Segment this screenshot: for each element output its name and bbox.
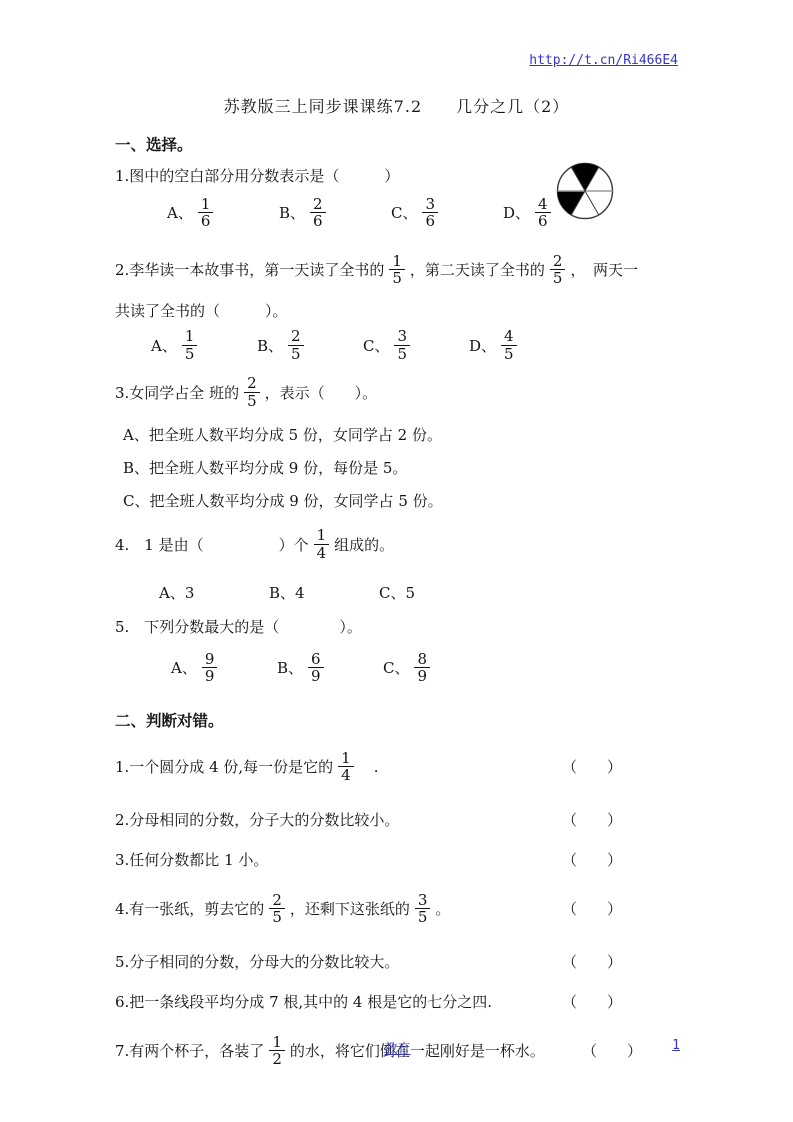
fraction-denominator: 5 — [394, 346, 410, 363]
fraction-denominator: 5 — [182, 346, 198, 363]
option-label: B、 — [279, 202, 305, 223]
judge-item-5: 5.分子相同的分数，分母大的分数比较大。 （ ） — [115, 949, 678, 975]
judge-item-6: 6.把一条线段平均分成 7 根,其中的 4 根是它的七分之四. （ ） — [115, 989, 678, 1015]
option-label: D、 — [503, 202, 530, 223]
fraction: 35 — [394, 328, 410, 362]
question-4-text-2: 组成的。 — [334, 534, 394, 555]
fraction: 89 — [414, 651, 430, 685]
fraction-denominator: 5 — [389, 270, 405, 287]
fraction-denominator: 4 — [314, 545, 330, 562]
fraction: 14 — [338, 750, 354, 784]
option-c: C、 36 — [391, 196, 503, 230]
question-3-line: 3.女同学占全 班的 25 ，表示（ ）。 — [115, 370, 678, 414]
judge-item-5-text: 5.分子相同的分数，分母大的分数比较大。 — [115, 951, 399, 972]
fraction-numerator: 3 — [422, 196, 438, 214]
option-label: C、 — [363, 335, 389, 356]
judge-text: 3.任何分数都比 1 小。 — [115, 849, 268, 870]
fraction-denominator: 6 — [422, 213, 438, 230]
fraction: 25 — [550, 253, 566, 287]
option-a: A、 16 — [167, 196, 279, 230]
judge-text: 2.分母相同的分数，分子大的分数比较小。 — [115, 809, 399, 830]
judge-item-4: 4.有一张纸，剪去它的 25 ，还剩下这张纸的 35 。 （ ） — [115, 887, 678, 931]
question-2-text-1: 2.李华读一本故事书，第一天读了全书的 — [115, 259, 384, 280]
page-number[interactable]: 1 — [672, 1038, 680, 1053]
footer-link[interactable]: 教育 — [115, 1038, 680, 1057]
judge-item-3: 3.任何分数都比 1 小。 （ ） — [115, 847, 678, 873]
question-2-text-3: ， 两天一 — [570, 259, 638, 280]
option-a: A、 15 — [151, 328, 257, 362]
option-c: C、 89 — [383, 651, 489, 685]
fraction-numerator: 3 — [394, 328, 410, 346]
option-label: D、 — [469, 335, 496, 356]
fraction-denominator: 4 — [338, 767, 354, 784]
fraction-numerator: 4 — [535, 196, 551, 214]
answer-blank: （ ） — [562, 991, 622, 1012]
judge-item-2: 2.分母相同的分数，分子大的分数比较小。 （ ） — [115, 807, 678, 833]
question-2-text-2: ，第二天读了全书的 — [410, 259, 545, 280]
option-label: A、 — [167, 202, 193, 223]
judge-text: 。 — [435, 898, 450, 919]
fraction-numerator: 4 — [501, 328, 517, 346]
judge-text: ，还剩下这张纸的 — [290, 898, 410, 919]
fraction-numerator: 1 — [389, 253, 405, 271]
fraction: 16 — [198, 196, 214, 230]
fraction-denominator: 5 — [415, 909, 431, 926]
fraction-numerator: 1 — [198, 196, 214, 214]
question-4-options: A、3 B、4 C、5 — [115, 580, 678, 604]
section-choice-heading: 一、选择。 — [115, 133, 678, 155]
question-3-option-a: A、把全班人数平均分成 5 份，女同学占 2 份。 — [123, 425, 678, 447]
fraction: 14 — [314, 527, 330, 561]
top-short-link[interactable]: http://t.cn/Ri466E4 — [529, 53, 678, 68]
fraction: 99 — [202, 651, 218, 685]
fraction-denominator: 6 — [535, 213, 551, 230]
answer-blank: （ ） — [562, 809, 622, 830]
judge-item-1-text: 1.一个圆分成 4 份,每一份是它的 14 . — [115, 750, 379, 784]
option-label: B、 — [277, 657, 303, 678]
judge-item-6-text: 6.把一条线段平均分成 7 根,其中的 4 根是它的七分之四. — [115, 991, 492, 1012]
question-4-line: 4. 1 是由（ ）个 14 组成的。 — [115, 522, 678, 566]
question-2-line2: 共读了全书的（ ）。 — [115, 300, 678, 323]
header-row: http://t.cn/Ri466E4 — [115, 50, 678, 68]
fraction-denominator: 5 — [244, 393, 260, 410]
option-b: B、 69 — [277, 651, 383, 685]
question-5-text: 5. 下列分数最大的是（ ）。 — [115, 616, 678, 639]
fraction: 35 — [415, 892, 431, 926]
option-c: C、5 — [379, 582, 489, 603]
option-b: B、4 — [269, 582, 379, 603]
option-label: C、 — [391, 202, 417, 223]
fraction: 36 — [422, 196, 438, 230]
fraction-denominator: 9 — [308, 668, 324, 685]
fraction-numerator: 2 — [244, 375, 260, 393]
question-5-options: A、 99 B、 69 C、 89 — [115, 647, 678, 689]
fraction-numerator: 8 — [414, 651, 430, 669]
question-2-line1: 2.李华读一本故事书，第一天读了全书的 15 ，第二天读了全书的 25 ， 两天… — [115, 248, 678, 292]
fraction-numerator: 1 — [314, 527, 330, 545]
fraction-denominator: 6 — [198, 213, 214, 230]
option-c: C、 35 — [363, 328, 469, 362]
fraction-numerator: 1 — [338, 750, 354, 768]
judge-text: . — [359, 756, 379, 777]
option-label: C、 — [383, 657, 409, 678]
page-footer: 教育 1 — [115, 1038, 680, 1058]
fraction: 25 — [269, 892, 285, 926]
fraction-denominator: 9 — [414, 668, 430, 685]
page-title: 苏教版三上同步课课练7.2 几分之几（2） — [115, 94, 678, 117]
question-4-text-1: 4. 1 是由（ ）个 — [115, 534, 309, 555]
answer-blank: （ ） — [562, 756, 622, 777]
question-3-option-c: C、把全班人数平均分成 9 份，女同学占 5 份。 — [123, 491, 678, 513]
fraction-denominator: 5 — [288, 346, 304, 363]
judge-text: 5.分子相同的分数，分母大的分数比较大。 — [115, 951, 399, 972]
fraction-numerator: 1 — [182, 328, 198, 346]
fraction-numerator: 6 — [308, 651, 324, 669]
question-2-options: A、 15 B、 25 C、 35 D、 45 — [115, 324, 678, 366]
section-judge-heading: 二、判断对错。 — [115, 709, 678, 731]
option-b: B、 25 — [257, 328, 363, 362]
judge-item-4-text: 4.有一张纸，剪去它的 25 ，还剩下这张纸的 35 。 — [115, 892, 450, 926]
fraction: 26 — [310, 196, 326, 230]
fraction-numerator: 2 — [550, 253, 566, 271]
judge-text: 1.一个圆分成 4 份,每一份是它的 — [115, 756, 333, 777]
answer-blank: （ ） — [562, 951, 622, 972]
option-a: A、3 — [159, 582, 269, 603]
fraction-numerator: 2 — [269, 892, 285, 910]
option-label: A、 — [151, 335, 177, 356]
fraction-denominator: 6 — [310, 213, 326, 230]
fraction: 25 — [244, 375, 260, 409]
question-3-text-1: 3.女同学占全 班的 — [115, 382, 239, 403]
fraction: 69 — [308, 651, 324, 685]
fraction: 15 — [389, 253, 405, 287]
worksheet-page: http://t.cn/Ri466E4 苏教版三上同步课课练7.2 几分之几（2… — [0, 0, 793, 1122]
fraction: 45 — [501, 328, 517, 362]
fraction-numerator: 2 — [310, 196, 326, 214]
question-3-text-2: ，表示（ ）。 — [265, 382, 378, 403]
fraction-denominator: 5 — [550, 270, 566, 287]
pie-chart-figure — [556, 162, 614, 220]
judge-text: 4.有一张纸，剪去它的 — [115, 898, 264, 919]
fraction: 46 — [535, 196, 551, 230]
fraction-numerator: 2 — [288, 328, 304, 346]
judge-item-3-text: 3.任何分数都比 1 小。 — [115, 849, 268, 870]
question-3-option-b: B、把全班人数平均分成 9 份，每份是 5。 — [123, 458, 678, 480]
option-a: A、 99 — [171, 651, 277, 685]
judge-text: 6.把一条线段平均分成 7 根,其中的 4 根是它的七分之四. — [115, 991, 492, 1012]
option-label: B、 — [257, 335, 283, 356]
option-d: D、 45 — [469, 328, 575, 362]
fraction-denominator: 5 — [501, 346, 517, 363]
fraction-denominator: 9 — [202, 668, 218, 685]
option-b: B、 26 — [279, 196, 391, 230]
fraction-denominator: 5 — [269, 909, 285, 926]
fraction: 15 — [182, 328, 198, 362]
answer-blank: （ ） — [562, 898, 622, 919]
fraction-numerator: 9 — [202, 651, 218, 669]
judge-item-1: 1.一个圆分成 4 份,每一份是它的 14 . （ ） — [115, 745, 678, 789]
option-label: A、 — [171, 657, 197, 678]
fraction: 25 — [288, 328, 304, 362]
judge-item-2-text: 2.分母相同的分数，分子大的分数比较小。 — [115, 809, 399, 830]
answer-blank: （ ） — [562, 849, 622, 870]
fraction-numerator: 3 — [415, 892, 431, 910]
